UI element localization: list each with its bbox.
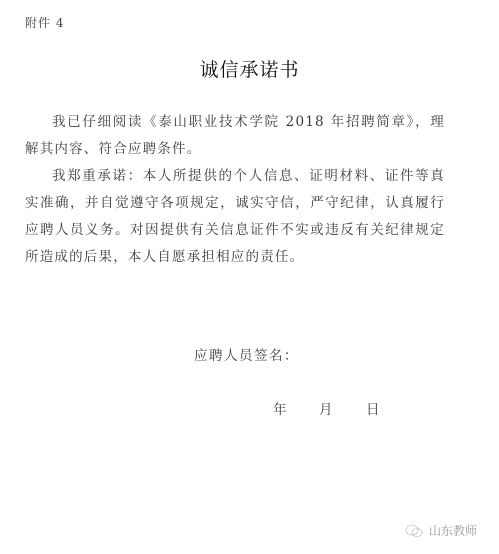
watermark-text: 山东教师 (429, 522, 477, 539)
signature-label: 应聘人员签名： (194, 344, 299, 364)
paragraph-read-statement: 我已仔细阅读《泰山职业技术学院 2018 年招聘简章》，理解其内容、符合应聘条件… (25, 109, 445, 163)
attachment-label: 附件 4 (25, 14, 64, 31)
date-year-label: 年 (273, 398, 287, 418)
wechat-icon (405, 524, 423, 538)
paragraph-pledge: 我郑重承诺：本人所提供的个人信息、证明材料、证件等真实准确，并自觉遵守各项规定，… (25, 163, 445, 271)
watermark: 山东教师 (405, 522, 477, 539)
date-month-label: 月 (319, 398, 333, 418)
date-day-label: 日 (366, 398, 380, 418)
document-title: 诚信承诺书 (0, 55, 499, 82)
